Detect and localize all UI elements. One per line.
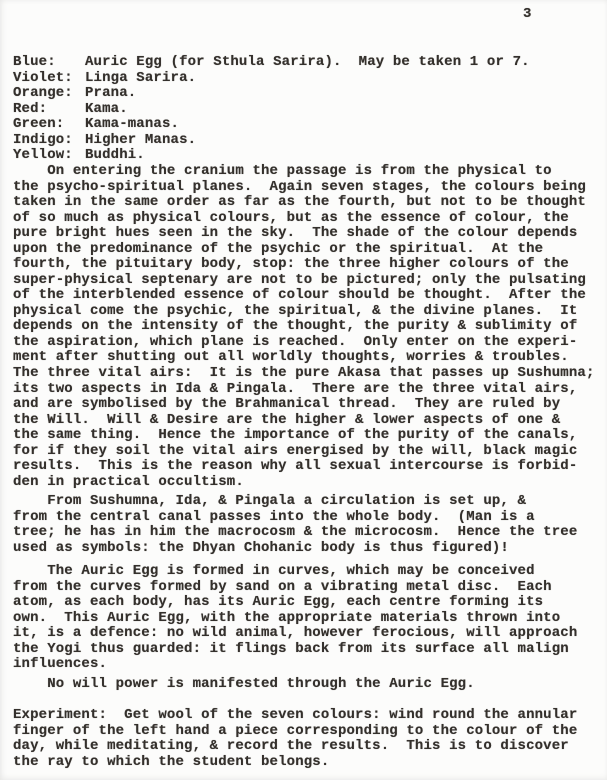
colour-correspondence-list: Blue: Auric Egg (for Sthula Sarira). May…	[13, 55, 598, 164]
colour-meaning: Linga Sarira.	[85, 71, 598, 87]
colour-meaning: Higher Manas.	[85, 133, 598, 149]
colour-name: Indigo:	[13, 133, 85, 149]
document-page: 3 Blue: Auric Egg (for Sthula Sarira). M…	[0, 0, 607, 780]
colour-name: Green:	[13, 117, 85, 133]
paragraph-three-vital-airs: The three vital airs: It is the pure Aka…	[13, 366, 603, 490]
colour-row-yellow: Yellow: Buddhi.	[13, 148, 598, 164]
colour-row-green: Green: Kama-manas.	[13, 117, 598, 133]
colour-name: Red:	[13, 102, 85, 118]
paragraph-auric-egg-curves: The Auric Egg is formed in curves, which…	[13, 564, 603, 673]
colour-row-violet: Violet: Linga Sarira.	[13, 71, 598, 87]
colour-row-indigo: Indigo: Higher Manas.	[13, 133, 598, 149]
page-number: 3	[523, 7, 532, 23]
paragraph-circulation: From Sushumna, Ida, & Pingala a circulat…	[13, 494, 603, 556]
colour-meaning: Buddhi.	[85, 148, 598, 164]
colour-row-orange: Orange: Prana.	[13, 86, 598, 102]
colour-meaning: Kama.	[85, 102, 598, 118]
colour-meaning: Prana.	[85, 86, 598, 102]
colour-row-red: Red: Kama.	[13, 102, 598, 118]
paragraph-will-power: No will power is manifested through the …	[13, 677, 603, 693]
colour-name: Yellow:	[13, 148, 85, 164]
colour-row-blue: Blue: Auric Egg (for Sthula Sarira). May…	[13, 55, 598, 71]
paragraph-on-entering-cranium: On entering the cranium the passage is f…	[13, 164, 603, 366]
colour-meaning: Auric Egg (for Sthula Sarira). May be ta…	[85, 55, 598, 71]
colour-name: Violet:	[13, 71, 85, 87]
colour-name: Orange:	[13, 86, 85, 102]
paragraph-experiment: Experiment: Get wool of the seven colour…	[13, 708, 603, 770]
colour-name: Blue:	[13, 55, 85, 71]
colour-meaning: Kama-manas.	[85, 117, 598, 133]
